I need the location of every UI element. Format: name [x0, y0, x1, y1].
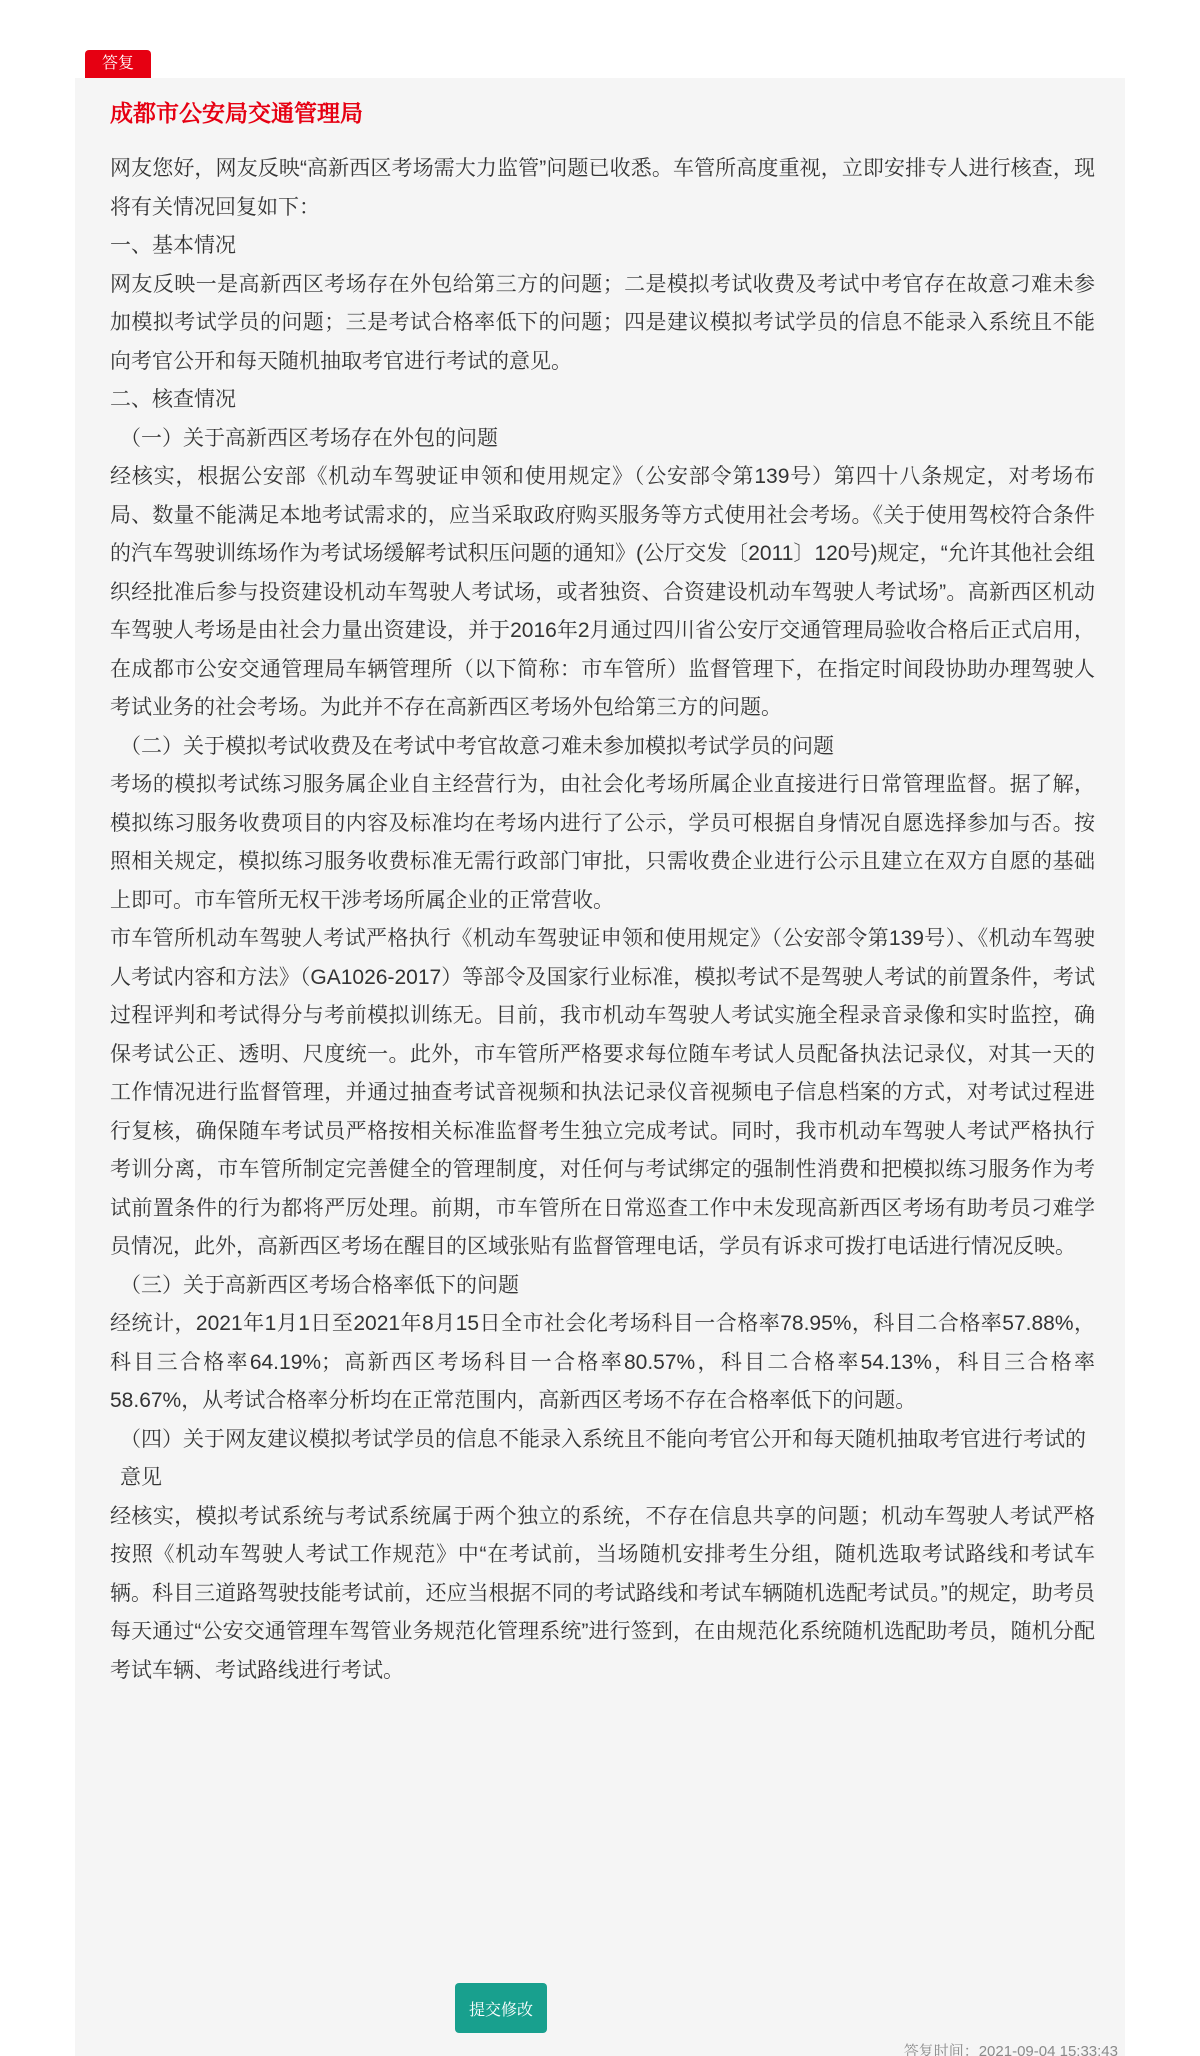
paragraph-pass-rate-detail: 经统计，2021年1月1日至2021年8月15日全市社会化考场科目一合格率78.… — [110, 1305, 1095, 1421]
section-heading-verification: 二、核查情况 — [110, 381, 1095, 420]
paragraph-greeting: 网友您好，网友反映“高新西区考场需大力监管”问题已收悉。车管所高度重视，立即安排… — [110, 150, 1095, 227]
reply-panel: 成都市公安局交通管理局 网友您好，网友反映“高新西区考场需大力监管”问题已收悉。… — [75, 78, 1125, 2056]
submit-modification-button[interactable]: 提交修改 — [455, 1983, 547, 2033]
reply-tab-badge: 答复 — [85, 50, 151, 78]
agency-title: 成都市公安局交通管理局 — [110, 98, 1095, 128]
subsection-heading-mock-exam-fees: （二）关于模拟考试收费及在考试中考官故意刁难未参加模拟考试学员的问题 — [110, 728, 1095, 767]
paragraph-exam-supervision-detail: 市车管所机动车驾驶人考试严格执行《机动车驾驶证申领和使用规定》（公安部令第139… — [110, 920, 1095, 1267]
subsection-heading-outsourcing: （一）关于高新西区考场存在外包的问题 — [110, 420, 1095, 459]
section-heading-basic-situation: 一、基本情况 — [110, 227, 1095, 266]
subsection-heading-pass-rate: （三）关于高新西区考场合格率低下的问题 — [110, 1267, 1095, 1306]
paragraph-issues-summary: 网友反映一是高新西区考场存在外包给第三方的问题；二是模拟考试收费及考试中考官存在… — [110, 266, 1095, 382]
reply-timestamp: 答复时间：2021-09-04 15:33:43 — [904, 2042, 1118, 2056]
paragraph-outsourcing-detail: 经核实，根据公安部《机动车驾驶证申领和使用规定》（公安部令第139号）第四十八条… — [110, 458, 1095, 728]
paragraph-mock-exam-fees-detail: 考场的模拟考试练习服务属企业自主经营行为，由社会化考场所属企业直接进行日常管理监… — [110, 766, 1095, 920]
paragraph-system-suggestion-detail: 经核实，模拟考试系统与考试系统属于两个独立的系统，不存在信息共享的问题；机动车驾… — [110, 1498, 1095, 1691]
reply-content: 网友您好，网友反映“高新西区考场需大力监管”问题已收悉。车管所高度重视，立即安排… — [110, 150, 1095, 1690]
subsection-heading-system-suggestion: （四）关于网友建议模拟考试学员的信息不能录入系统且不能向考官公开和每天随机抽取考… — [110, 1421, 1095, 1498]
